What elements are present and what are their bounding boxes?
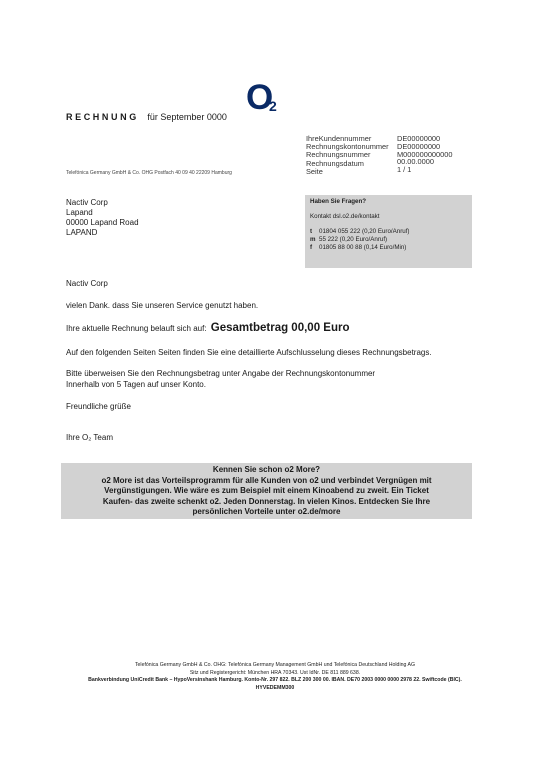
contact-box: Haben Sie Fragen? Kontakt dsl.o2.de/kont… <box>305 195 472 268</box>
contact-link[interactable]: Kontakt dsl.o2.de/kontakt <box>310 213 379 220</box>
amount-total: Gesamtbetrag 00,00 Euro <box>211 322 350 334</box>
meta-row: Seite1 / 1 <box>306 168 452 176</box>
recipient-name: Nactiv Corp <box>66 198 139 208</box>
fax-number: 01805 88 00 88 (0,14 Euro/Min) <box>319 244 406 251</box>
invoice-title: RECHNUNG für September 0000 <box>66 112 227 122</box>
o2-more-banner: Kennen Sie schon o2 More? o2 More ist da… <box>61 463 472 519</box>
banner-line: o2 More ist das Vorteilsprogramm für all… <box>61 476 472 487</box>
sender-return-address: Telefónica Germany GmbH & Co. OHG Postfa… <box>66 170 232 176</box>
recipient-address: Nactiv Corp Lapand 00000 Lapand Road LAP… <box>66 198 139 238</box>
letter-transfer-2: Innerhalb von 5 Tagen auf unser Konto. <box>66 380 206 389</box>
letter-salutation: Nactiv Corp <box>66 279 108 288</box>
contact-fax: f01805 88 00 88 (0,14 Euro/Min) <box>310 244 409 252</box>
recipient-city: LAPAND <box>66 228 139 238</box>
invoice-meta: IhreKundennummerDE00000000 Rechnungskont… <box>306 135 452 176</box>
footer-bank-line: Bankverbindung UniCredit Bank – HypoVers… <box>60 677 490 685</box>
footer-line: Telefónica Germany GmbH & Co. OHG: Telef… <box>60 662 490 670</box>
amount-line: Ihre aktuelle Rechnung belauft sich auf:… <box>66 322 349 334</box>
recipient-street: 00000 Lapand Road <box>66 218 139 228</box>
banner-line: persönlichen Vorteile unter o2.de/more <box>61 507 472 518</box>
footer-line: Sitz und Registergericht: München HRA 70… <box>60 670 490 678</box>
fax-label: f <box>310 244 319 252</box>
letter-thanks: vielen Dank. dass Sie unseren Service ge… <box>66 301 258 310</box>
banner-line: Kaufen- das zweite schenkt o2. Jeden Don… <box>61 497 472 508</box>
banner-title: Kennen Sie schon o2 More? <box>61 465 472 476</box>
phone-number: 01804 055 222 (0,20 Euro/Anruf) <box>319 228 409 235</box>
recipient-line2: Lapand <box>66 208 139 218</box>
contact-mobile: m55 222 (0,20 Euro/Anruf) <box>310 236 409 244</box>
doc-type: RECHNUNG <box>66 112 139 122</box>
contact-phone: t01804 055 222 (0,20 Euro/Anruf) <box>310 228 409 236</box>
phone-label: t <box>310 228 319 236</box>
letter-signature: Ihre O₂ Team <box>66 433 113 442</box>
banner-line: Vergünstigungen. Wie wäre es zum Beispie… <box>61 486 472 497</box>
o2-logo: O 2 <box>246 81 280 119</box>
letter-transfer-1: Bitte überweisen Sie den Rechnungsbetrag… <box>66 369 375 378</box>
logo-subscript: 2 <box>269 99 277 113</box>
contact-numbers: t01804 055 222 (0,20 Euro/Anruf) m55 222… <box>310 228 409 252</box>
letter-closing: Freundliche grüße <box>66 402 131 411</box>
contact-heading: Haben Sie Fragen? <box>310 198 366 205</box>
meta-value: 1 / 1 <box>397 166 452 174</box>
letter-details: Auf den folgenden Seiten Seiten finden S… <box>66 348 432 357</box>
legal-footer: Telefónica Germany GmbH & Co. OHG: Telef… <box>60 662 490 692</box>
amount-intro: Ihre aktuelle Rechnung belauft sich auf: <box>66 324 207 333</box>
invoice-period: für September 0000 <box>147 112 227 122</box>
meta-label: Seite <box>306 168 397 176</box>
mobile-label: m <box>310 236 319 244</box>
footer-bic: HYVEDEMM300 <box>60 685 490 693</box>
mobile-number: 55 222 (0,20 Euro/Anruf) <box>319 236 387 243</box>
